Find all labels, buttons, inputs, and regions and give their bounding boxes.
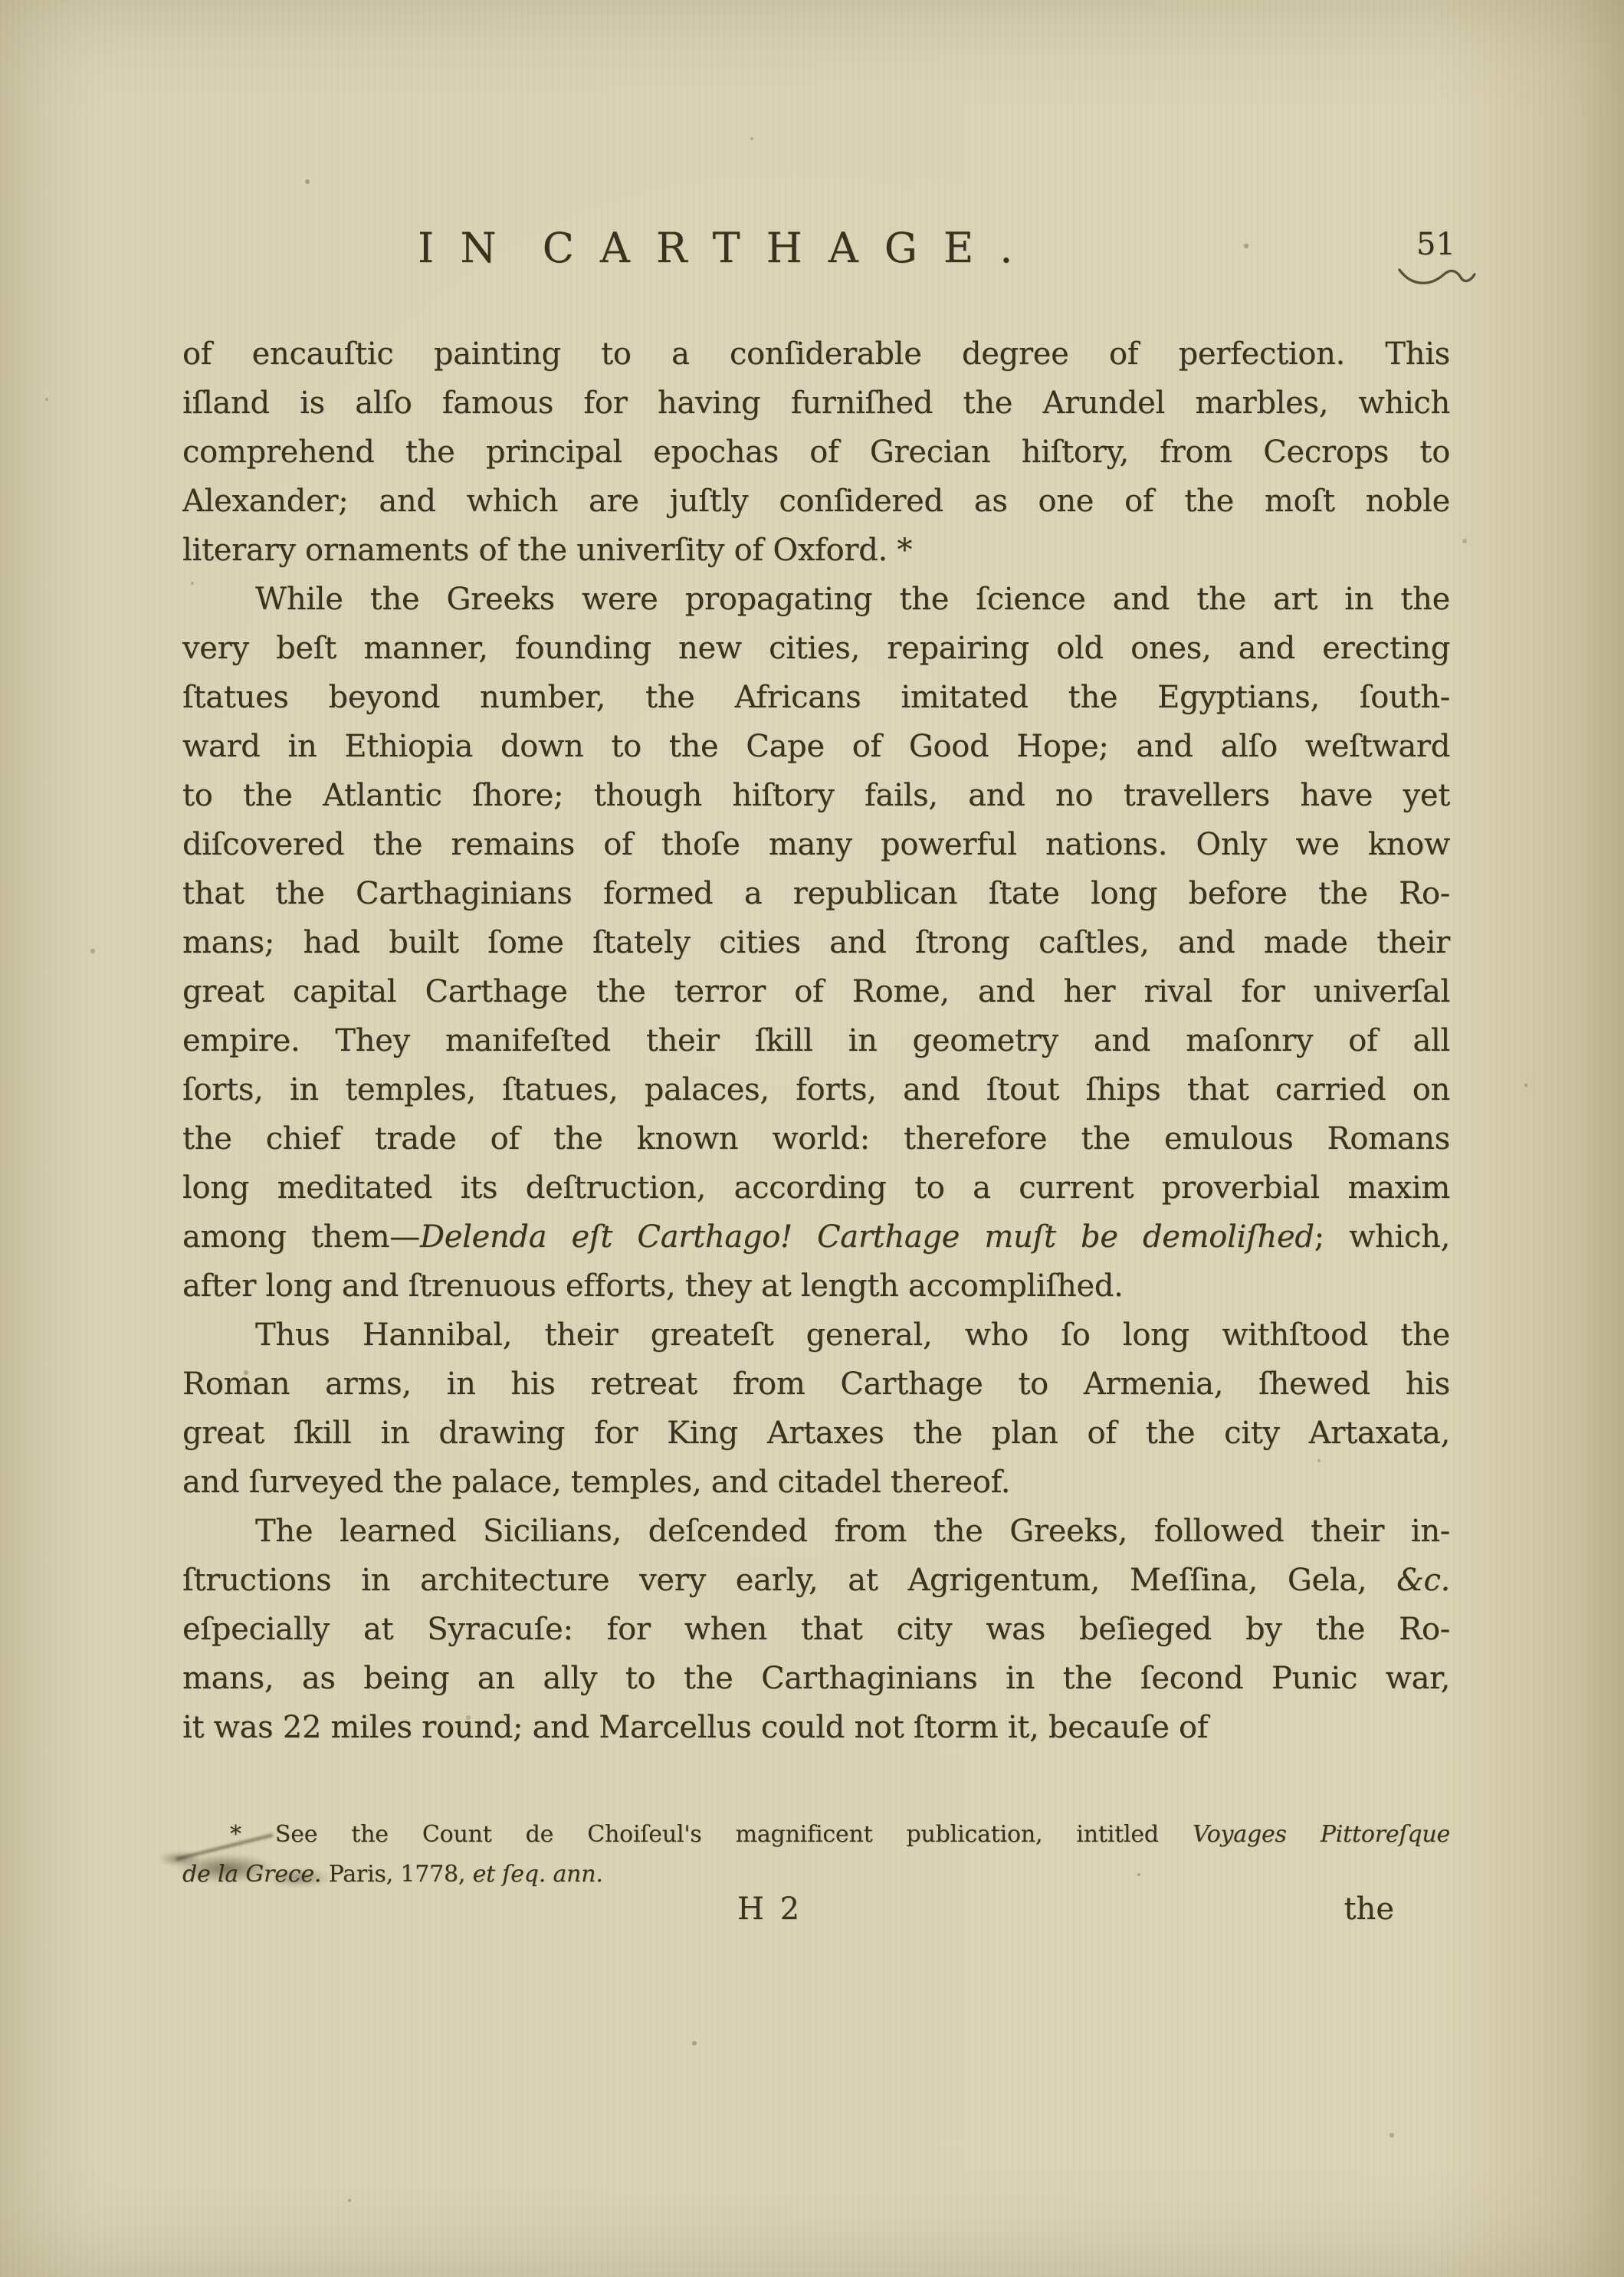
text-line: to the Atlantic ſhore; though hiſtory fa… [182,771,1450,820]
text-segment: ward in Ethiopia down to the Cape of Goo… [182,729,1450,764]
text-segment: empire. They manifeſted their ſkill in g… [182,1023,1450,1058]
book-page-scan: INCARTHAGE. 51 of encauſtic painting to … [0,0,1624,2277]
paragraph: While the Greeks were propagating the ſc… [182,575,1450,1311]
text-segment: after long and ſtrenuous efforts, they a… [182,1268,1124,1304]
text-line: of encauſtic painting to a conſiderable … [182,330,1450,379]
text-segment: literary ornaments of the univerſity of … [182,533,912,568]
text-line: iſland is alſo famous for having furniſh… [182,379,1450,428]
text-segment: ſorts, in temples, ſtatues, palaces, for… [182,1072,1450,1107]
signature-mark: H 2 [737,1891,802,1927]
text-line: among them—Delenda eſt Carthago! Carthag… [182,1212,1450,1262]
running-header: INCARTHAGE. [418,224,1038,272]
text-segment: ; which, [1314,1219,1450,1255]
footnote: * See the Count de Choiſeul's magnificen… [182,1815,1450,1895]
text-segment: to the Atlantic ſhore; though hiſtory fa… [182,778,1450,813]
running-header-word: CARTHAGE. [543,224,1039,272]
text-line: Roman arms, in his retreat from Carthage… [182,1360,1450,1409]
text-segment: mans; had built ſome ſtately cities and … [182,925,1450,960]
text-line: it was 22 miles round; and Marcellus cou… [182,1703,1450,1752]
text-line: ſorts, in temples, ſtatues, palaces, for… [182,1065,1450,1114]
text-segment: ſtatues beyond number, the Africans imit… [182,680,1450,715]
ink-smudge [157,1841,349,1901]
text-line: and ſurveyed the palace, temples, and ci… [182,1458,1450,1507]
text-line: after long and ſtrenuous efforts, they a… [182,1262,1450,1311]
text-line: great capital Carthage the terror of Rom… [182,967,1450,1016]
text-segment: among them— [182,1219,420,1255]
text-line: ward in Ethiopia down to the Cape of Goo… [182,722,1450,771]
text-segment: that the Carthaginians formed a republic… [182,876,1450,911]
text-segment: Roman arms, in his retreat from Carthage… [182,1367,1450,1402]
text-line: great ſkill in drawing for King Artaxes … [182,1409,1450,1458]
text-segment: eſpecially at Syracuſe: for when that ci… [182,1612,1450,1647]
catchword: the [1343,1891,1394,1927]
text-line: literary ornaments of the univerſity of … [182,526,1450,575]
text-segment: ſtructions in architecture very early, a… [182,1563,1396,1598]
text-block: of encauſtic painting to a conſiderable … [182,330,1450,1752]
text-segment: diſcovered the remains of thoſe many pow… [182,827,1450,862]
text-segment: Alexander; and which are juſtly conſider… [182,484,1450,519]
text-segment: it was 22 miles round; and Marcellus cou… [182,1710,1208,1745]
text-line: de la Grece. Paris, 1778, et ſeq. ann. [182,1855,1450,1895]
text-line: ſtructions in architecture very early, a… [182,1556,1450,1605]
text-line: mans, as being an ally to the Carthagini… [182,1654,1450,1703]
page-number-flourish-icon [1396,265,1478,291]
italic-text-segment: Delenda eſt Carthago! Carthage muſt be d… [420,1219,1314,1255]
page-number: 51 [1416,227,1455,262]
text-segment: The learned Sicilians, deſcended from th… [255,1514,1450,1549]
paragraph: Thus Hannibal, their greateſt general, w… [182,1311,1450,1507]
text-segment: long meditated its deſtruction, accordin… [182,1170,1450,1206]
text-line: Thus Hannibal, their greateſt general, w… [182,1311,1450,1360]
text-line: * See the Count de Choiſeul's magnificen… [182,1815,1450,1855]
text-line: diſcovered the remains of thoſe many pow… [182,820,1450,869]
text-line: ſtatues beyond number, the Africans imit… [182,673,1450,722]
text-line: The learned Sicilians, deſcended from th… [182,1507,1450,1556]
text-segment: comprehend the principal epochas of Grec… [182,435,1450,470]
text-segment: the chief trade of the known world: ther… [182,1121,1450,1157]
text-segment: of encauſtic painting to a conſiderable … [182,336,1450,372]
text-segment: very beſt manner, founding new cities, r… [182,631,1450,666]
text-segment: iſland is alſo famous for having furniſh… [182,386,1450,421]
paragraph: The learned Sicilians, deſcended from th… [182,1507,1450,1752]
running-header-word: IN [418,224,523,272]
text-line: very beſt manner, founding new cities, r… [182,624,1450,673]
italic-text-segment: Voyages Pittoreſque [1193,1821,1450,1848]
text-line: long meditated its deſtruction, accordin… [182,1163,1450,1212]
text-line: comprehend the principal epochas of Grec… [182,428,1450,477]
text-segment: mans, as being an ally to the Carthagini… [182,1661,1450,1696]
text-segment: and ſurveyed the palace, temples, and ci… [182,1465,1010,1500]
text-segment: * See the Count de Choiſeul's magnificen… [230,1821,1193,1848]
text-segment: While the Greeks were propagating the ſc… [255,582,1450,617]
italic-text-segment: &c. [1396,1563,1450,1598]
paper-specks [0,0,2,2]
text-line: While the Greeks were propagating the ſc… [182,575,1450,624]
text-segment: Thus Hannibal, their greateſt general, w… [255,1317,1450,1353]
text-line: eſpecially at Syracuſe: for when that ci… [182,1605,1450,1654]
text-line: mans; had built ſome ſtately cities and … [182,918,1450,967]
paragraph: of encauſtic painting to a conſiderable … [182,330,1450,575]
text-line: Alexander; and which are juſtly conſider… [182,477,1450,526]
italic-text-segment: et ſeq. ann. [473,1861,603,1888]
text-segment: great ſkill in drawing for King Artaxes … [182,1416,1450,1451]
text-line: that the Carthaginians formed a republic… [182,869,1450,918]
text-segment: great capital Carthage the terror of Rom… [182,974,1450,1009]
text-line: the chief trade of the known world: ther… [182,1114,1450,1163]
text-line: empire. They manifeſted their ſkill in g… [182,1016,1450,1065]
